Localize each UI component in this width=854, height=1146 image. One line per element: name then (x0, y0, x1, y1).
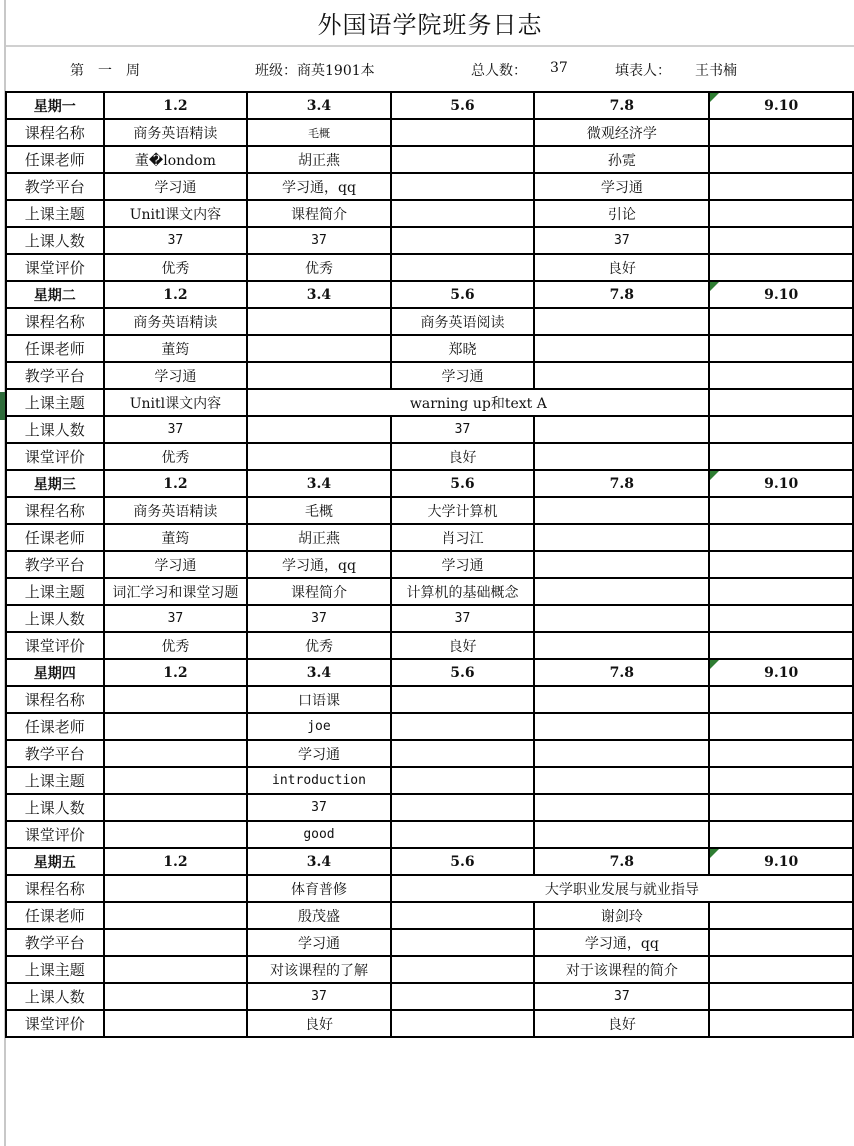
table-row: 上课主题introduction (6, 767, 853, 794)
row-label-cell: 任课老师 (6, 335, 104, 362)
schedule-cell[interactable]: 口语课 (247, 686, 390, 713)
schedule-cell[interactable] (104, 875, 248, 902)
schedule-cell[interactable]: 学习通 (104, 173, 248, 200)
row-label-cell: 教学平台 (6, 362, 104, 389)
schedule-cell[interactable]: 学习通 (391, 362, 535, 389)
table-row: 课堂评价good (6, 821, 853, 848)
schedule-cell[interactable]: 学习通，qq (247, 173, 390, 200)
schedule-cell[interactable] (534, 632, 709, 659)
schedule-cell[interactable]: 大学计算机 (391, 497, 535, 524)
schedule-cell[interactable]: 商务英语精读 (104, 119, 248, 146)
row-label-cell: 任课老师 (6, 902, 104, 929)
row-label-cell: 课堂评价 (6, 254, 104, 281)
schedule-cell[interactable]: 商务英语阅读 (391, 308, 535, 335)
table-row: 任课老师joe (6, 713, 853, 740)
table-row: 课程名称口语课 (6, 686, 853, 713)
schedule-cell[interactable] (709, 1010, 853, 1037)
row-label-cell: 上课人数 (6, 983, 104, 1010)
schedule-cell[interactable]: 微观经济学 (534, 119, 709, 146)
row-label-cell: 任课老师 (6, 713, 104, 740)
table-row: 任课老师董筠胡正燕肖习江 (6, 524, 853, 551)
schedule-cell[interactable]: 良好 (247, 1010, 390, 1037)
period-header-cell[interactable]: 7.8 (534, 470, 709, 497)
comment-indicator-icon (710, 660, 719, 669)
day-name-cell[interactable]: 星期三 (6, 470, 104, 497)
schedule-cell[interactable]: 学习通 (104, 362, 248, 389)
period-header-cell[interactable]: 3.4 (247, 848, 390, 875)
schedule-cell[interactable]: 37 (534, 983, 709, 1010)
schedule-cell[interactable]: 优秀 (247, 632, 390, 659)
period-header-cell[interactable]: 5.6 (391, 848, 535, 875)
schedule-cell[interactable] (534, 362, 709, 389)
schedule-cell[interactable]: 37 (391, 605, 535, 632)
period-header-cell[interactable]: 5.6 (391, 92, 535, 119)
schedule-cell[interactable] (534, 524, 709, 551)
schedule-cell[interactable] (709, 389, 853, 416)
table-row: 教学平台学习通学习通，qq学习通 (6, 173, 853, 200)
row-label-cell: 课堂评价 (6, 1010, 104, 1037)
table-row: 教学平台学习通学习通，qq (6, 929, 853, 956)
row-label-cell: 课程名称 (6, 686, 104, 713)
schedule-cell[interactable]: warning up和text A (247, 389, 709, 416)
schedule-cell[interactable] (709, 956, 853, 983)
schedule-cell[interactable] (709, 605, 853, 632)
schedule-cell[interactable]: good (247, 821, 390, 848)
row-label-cell: 课程名称 (6, 308, 104, 335)
schedule-cell[interactable]: 殷茂盛 (247, 902, 390, 929)
row-label-cell: 上课人数 (6, 605, 104, 632)
table-row: 上课主题Unitl课文内容课程简介引论 (6, 200, 853, 227)
schedule-cell[interactable] (247, 443, 390, 470)
schedule-cell[interactable] (104, 956, 248, 983)
class-label: 班级：商英1901本 (255, 60, 375, 80)
schedule-cell[interactable]: 董筠 (104, 335, 248, 362)
table-row: 课程名称体育普修大学职业发展与就业指导 (6, 875, 853, 902)
schedule-cell[interactable] (104, 740, 248, 767)
schedule-cell[interactable] (247, 416, 390, 443)
schedule-cell[interactable] (709, 416, 853, 443)
schedule-cell[interactable]: 良好 (534, 1010, 709, 1037)
schedule-cell[interactable]: 37 (247, 227, 390, 254)
schedule-cell[interactable] (534, 308, 709, 335)
schedule-cell[interactable] (391, 794, 535, 821)
schedule-cell[interactable] (709, 632, 853, 659)
day-header-row: 星期二1.23.45.67.89.10 (6, 281, 853, 308)
row-label-cell: 上课主题 (6, 389, 104, 416)
schedule-cell[interactable]: Unitl课文内容 (104, 389, 248, 416)
schedule-cell[interactable] (534, 335, 709, 362)
schedule-cell[interactable]: 大学职业发展与就业指导 (391, 875, 853, 902)
schedule-cell[interactable]: 词汇学习和课堂习题 (104, 578, 248, 605)
row-label-cell: 上课主题 (6, 767, 104, 794)
schedule-cell[interactable]: 37 (247, 794, 390, 821)
schedule-cell[interactable]: 良好 (534, 254, 709, 281)
info-row: 第 一 周 班级：商英1901本 总人数： 37 填表人： 王书楠 (6, 47, 854, 91)
schedule-cell[interactable] (247, 362, 390, 389)
period-header-cell[interactable]: 9.10 (709, 281, 853, 308)
row-label-cell: 上课人数 (6, 416, 104, 443)
comment-indicator-icon (710, 849, 719, 858)
period-header-cell[interactable]: 7.8 (534, 281, 709, 308)
row-label-cell: 上课主题 (6, 578, 104, 605)
schedule-cell[interactable] (104, 902, 248, 929)
day-header-row: 星期四1.23.45.67.89.10 (6, 659, 853, 686)
schedule-cell[interactable]: 学习通 (391, 551, 535, 578)
period-header-cell[interactable]: 5.6 (391, 470, 535, 497)
schedule-cell[interactable] (104, 686, 248, 713)
period-header-cell[interactable]: 3.4 (247, 92, 390, 119)
row-label-cell: 课堂评价 (6, 821, 104, 848)
schedule-cell[interactable]: 学习通 (534, 173, 709, 200)
schedule-cell[interactable]: 学习通 (247, 929, 390, 956)
period-header-cell[interactable]: 3.4 (247, 659, 390, 686)
schedule-cell[interactable] (534, 821, 709, 848)
period-header-cell[interactable]: 1.2 (104, 659, 248, 686)
table-row: 教学平台学习通学习通 (6, 362, 853, 389)
schedule-cell[interactable] (104, 713, 248, 740)
table-row: 上课人数3737 (6, 983, 853, 1010)
schedule-cell[interactable]: 学习通 (104, 551, 248, 578)
table-row: 教学平台学习通学习通，qq学习通 (6, 551, 853, 578)
schedule-cell[interactable] (391, 929, 535, 956)
schedule-cell[interactable] (709, 362, 853, 389)
total-value: 37 (550, 60, 568, 76)
table-row: 上课主题词汇学习和课堂习题课程简介计算机的基础概念 (6, 578, 853, 605)
schedule-cell[interactable] (391, 821, 535, 848)
schedule-cell[interactable]: 引论 (534, 200, 709, 227)
table-row: 上课人数3737 (6, 416, 853, 443)
schedule-cell[interactable] (709, 227, 853, 254)
schedule-cell[interactable]: introduction (247, 767, 390, 794)
table-row: 课堂评价优秀优秀良好 (6, 254, 853, 281)
schedule-cell[interactable]: 37 (104, 605, 248, 632)
filler-value: 王书楠 (695, 60, 737, 80)
comment-indicator-icon (710, 93, 719, 102)
comment-indicator-icon (710, 282, 719, 291)
filler-label: 填表人： (615, 60, 671, 80)
schedule-cell[interactable]: 董�londom (104, 146, 248, 173)
period-header-cell[interactable]: 3.4 (247, 470, 390, 497)
schedule-cell[interactable] (391, 713, 535, 740)
period-header-cell[interactable]: 9.10 (709, 848, 853, 875)
period-header-cell[interactable]: 5.6 (391, 659, 535, 686)
schedule-cell[interactable] (534, 443, 709, 470)
day-header-row: 星期五1.23.45.67.89.10 (6, 848, 853, 875)
table-row: 课程名称商务英语精读商务英语阅读 (6, 308, 853, 335)
period-header-cell[interactable]: 5.6 (391, 281, 535, 308)
schedule-cell[interactable]: 37 (247, 983, 390, 1010)
day-name-cell[interactable]: 星期四 (6, 659, 104, 686)
schedule-cell[interactable]: 体育普修 (247, 875, 390, 902)
schedule-cell[interactable] (534, 605, 709, 632)
schedule-cell[interactable] (391, 983, 535, 1010)
schedule-cell[interactable]: 胡正燕 (247, 524, 390, 551)
day-name-cell[interactable]: 星期二 (6, 281, 104, 308)
schedule-cell[interactable]: 37 (534, 227, 709, 254)
row-label-cell: 上课人数 (6, 227, 104, 254)
row-label-cell: 课程名称 (6, 497, 104, 524)
schedule-cell[interactable] (391, 686, 535, 713)
schedule-cell[interactable] (391, 254, 535, 281)
table-row: 上课人数37 (6, 794, 853, 821)
schedule-cell[interactable]: joe (247, 713, 390, 740)
schedule-cell[interactable]: 商务英语精读 (104, 308, 248, 335)
schedule-cell[interactable]: 计算机的基础概念 (391, 578, 535, 605)
sheet-title: 外国语学院班务日志 (6, 0, 854, 45)
schedule-cell[interactable]: 学习通 (247, 740, 390, 767)
schedule-cell[interactable]: 学习通，qq (534, 929, 709, 956)
schedule-cell[interactable]: 郑晓 (391, 335, 535, 362)
schedule-cell[interactable] (534, 551, 709, 578)
row-label-cell: 课程名称 (6, 119, 104, 146)
day-name-cell[interactable]: 星期一 (6, 92, 104, 119)
schedule-cell[interactable] (709, 713, 853, 740)
table-row: 上课主题对该课程的了解对于该课程的简介 (6, 956, 853, 983)
schedule-cell[interactable]: 37 (104, 227, 248, 254)
schedule-cell[interactable]: 孙霓 (534, 146, 709, 173)
schedule-cell[interactable]: 课程简介 (247, 578, 390, 605)
schedule-cell[interactable]: 肖习江 (391, 524, 535, 551)
schedule-cell[interactable] (104, 1010, 248, 1037)
total-label: 总人数： (471, 60, 527, 80)
schedule-cell[interactable] (709, 983, 853, 1010)
schedule-cell[interactable]: 37 (104, 416, 248, 443)
table-row: 课堂评价优秀优秀良好 (6, 632, 853, 659)
week-label: 第 一 周 (70, 60, 140, 80)
schedule-cell[interactable] (391, 902, 535, 929)
table-row: 课程名称商务英语精读毛概微观经济学 (6, 119, 853, 146)
table-row: 任课老师殷茂盛谢剑玲 (6, 902, 853, 929)
row-label-cell: 任课老师 (6, 524, 104, 551)
schedule-cell[interactable] (534, 497, 709, 524)
schedule-cell[interactable]: 对于该课程的简介 (534, 956, 709, 983)
day-name-cell[interactable]: 星期五 (6, 848, 104, 875)
schedule-cell[interactable] (391, 200, 535, 227)
schedule-cell[interactable]: 优秀 (247, 254, 390, 281)
schedule-cell[interactable] (104, 983, 248, 1010)
schedule-cell[interactable] (391, 740, 535, 767)
table-row: 任课老师董�londom胡正燕孙霓 (6, 146, 853, 173)
schedule-cell[interactable] (709, 335, 853, 362)
class-log-table: 星期一1.23.45.67.89.10课程名称商务英语精读毛概微观经济学任课老师… (5, 91, 854, 1038)
period-header-cell[interactable]: 9.10 (709, 659, 853, 686)
schedule-cell[interactable] (534, 740, 709, 767)
schedule-cell[interactable] (709, 686, 853, 713)
row-label-cell: 教学平台 (6, 551, 104, 578)
row-label-cell: 上课人数 (6, 794, 104, 821)
schedule-cell[interactable] (709, 794, 853, 821)
schedule-cell[interactable] (104, 767, 248, 794)
schedule-cell[interactable] (709, 578, 853, 605)
table-row: 课程名称商务英语精读毛概大学计算机 (6, 497, 853, 524)
schedule-cell[interactable]: 优秀 (104, 632, 248, 659)
period-header-cell[interactable]: 7.8 (534, 659, 709, 686)
schedule-cell[interactable] (709, 524, 853, 551)
schedule-cell[interactable]: 良好 (391, 632, 535, 659)
row-label-cell: 课程名称 (6, 875, 104, 902)
schedule-cell[interactable] (709, 173, 853, 200)
period-header-cell[interactable]: 7.8 (534, 92, 709, 119)
schedule-cell[interactable] (534, 578, 709, 605)
day-header-row: 星期三1.23.45.67.89.10 (6, 470, 853, 497)
schedule-cell[interactable] (104, 821, 248, 848)
schedule-cell[interactable] (247, 335, 390, 362)
schedule-cell[interactable] (391, 119, 535, 146)
schedule-cell[interactable] (391, 956, 535, 983)
row-label-cell: 上课主题 (6, 956, 104, 983)
period-header-cell[interactable]: 1.2 (104, 470, 248, 497)
schedule-cell[interactable] (709, 902, 853, 929)
period-header-cell[interactable]: 1.2 (104, 92, 248, 119)
schedule-cell[interactable]: 商务英语精读 (104, 497, 248, 524)
table-row: 上课人数373737 (6, 227, 853, 254)
row-label-cell: 任课老师 (6, 146, 104, 173)
schedule-cell[interactable] (709, 767, 853, 794)
schedule-cell[interactable] (534, 767, 709, 794)
schedule-cell[interactable] (709, 740, 853, 767)
schedule-cell[interactable] (709, 497, 853, 524)
schedule-cell[interactable]: 对该课程的了解 (247, 956, 390, 983)
schedule-cell[interactable] (534, 686, 709, 713)
schedule-cell[interactable] (391, 767, 535, 794)
comment-indicator-icon (710, 471, 719, 480)
period-header-cell[interactable]: 7.8 (534, 848, 709, 875)
row-label-cell: 课堂评价 (6, 632, 104, 659)
schedule-cell[interactable]: 董筠 (104, 524, 248, 551)
schedule-cell[interactable] (709, 254, 853, 281)
schedule-cell[interactable] (534, 794, 709, 821)
day-header-row: 星期一1.23.45.67.89.10 (6, 92, 853, 119)
table-row: 任课老师董筠郑晓 (6, 335, 853, 362)
period-header-cell[interactable]: 3.4 (247, 281, 390, 308)
schedule-cell[interactable] (709, 119, 853, 146)
schedule-cell[interactable] (391, 227, 535, 254)
schedule-cell[interactable] (247, 308, 390, 335)
schedule-cell[interactable] (709, 551, 853, 578)
period-header-cell[interactable]: 1.2 (104, 281, 248, 308)
schedule-cell[interactable] (104, 929, 248, 956)
period-header-cell[interactable]: 9.10 (709, 92, 853, 119)
schedule-cell[interactable]: 37 (247, 605, 390, 632)
schedule-cell[interactable] (391, 1010, 535, 1037)
table-row: 上课人数373737 (6, 605, 853, 632)
schedule-cell[interactable] (709, 929, 853, 956)
table-row: 教学平台学习通 (6, 740, 853, 767)
schedule-cell[interactable]: 优秀 (104, 254, 248, 281)
schedule-cell[interactable] (709, 821, 853, 848)
schedule-cell[interactable]: 毛概 (247, 497, 390, 524)
row-label-cell: 教学平台 (6, 173, 104, 200)
row-label-cell: 课堂评价 (6, 443, 104, 470)
schedule-cell[interactable]: 优秀 (104, 443, 248, 470)
schedule-cell[interactable] (709, 308, 853, 335)
schedule-cell[interactable] (709, 146, 853, 173)
schedule-cell[interactable]: 37 (391, 416, 535, 443)
period-header-cell[interactable]: 1.2 (104, 848, 248, 875)
schedule-cell[interactable] (534, 416, 709, 443)
schedule-cell[interactable]: Unitl课文内容 (104, 200, 248, 227)
schedule-cell[interactable]: 良好 (391, 443, 535, 470)
table-row: 上课主题Unitl课文内容warning up和text A (6, 389, 853, 416)
schedule-cell[interactable]: 毛概 (247, 119, 390, 146)
row-label-cell: 教学平台 (6, 929, 104, 956)
schedule-cell[interactable]: 学习通，qq (247, 551, 390, 578)
schedule-cell[interactable]: 胡正燕 (247, 146, 390, 173)
schedule-cell[interactable] (709, 200, 853, 227)
schedule-cell[interactable] (534, 713, 709, 740)
period-header-cell[interactable]: 9.10 (709, 470, 853, 497)
schedule-cell[interactable] (104, 794, 248, 821)
table-row: 课堂评价良好良好 (6, 1010, 853, 1037)
schedule-cell[interactable]: 谢剑玲 (534, 902, 709, 929)
row-label-cell: 上课主题 (6, 200, 104, 227)
schedule-cell[interactable]: 课程简介 (247, 200, 390, 227)
schedule-cell[interactable] (391, 173, 535, 200)
table-row: 课堂评价优秀良好 (6, 443, 853, 470)
schedule-cell[interactable] (709, 443, 853, 470)
row-label-cell: 教学平台 (6, 740, 104, 767)
schedule-cell[interactable] (391, 146, 535, 173)
